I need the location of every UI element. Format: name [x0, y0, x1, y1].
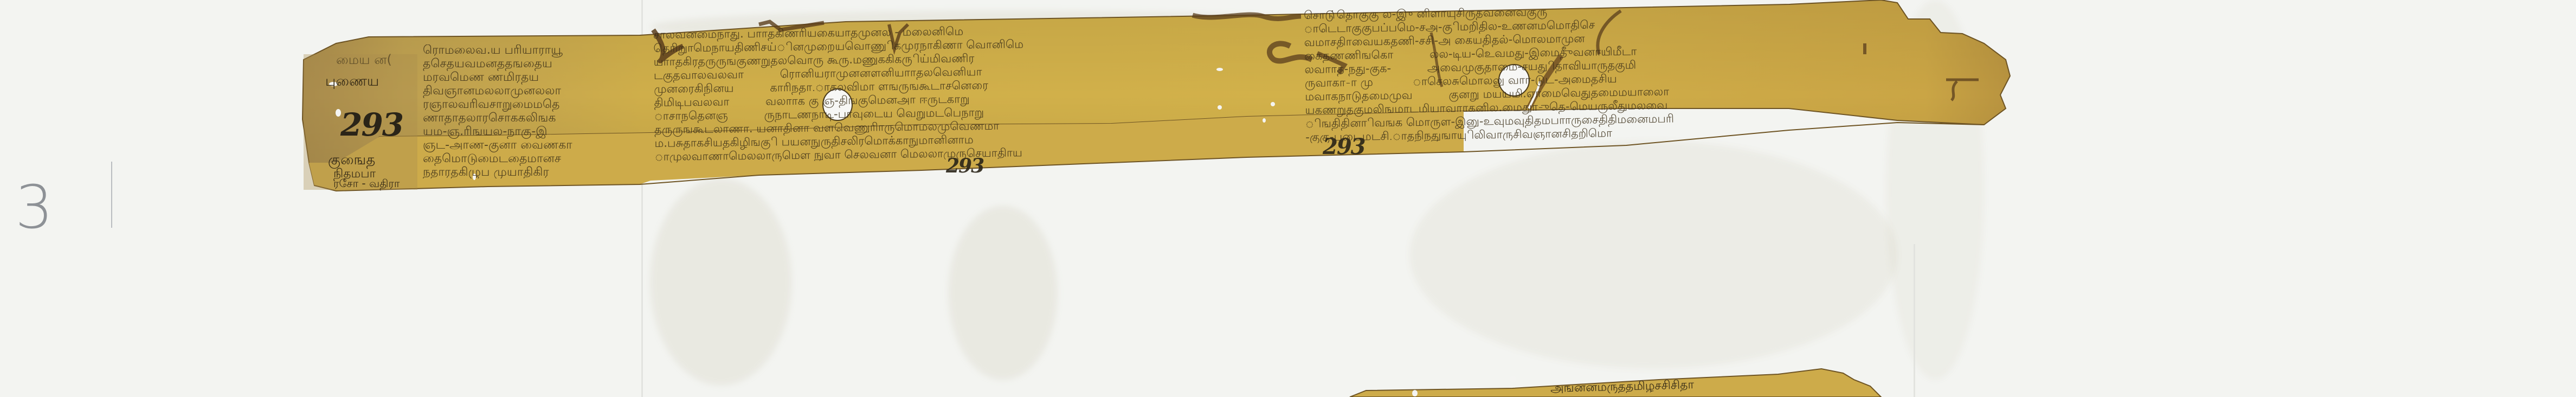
text-line: ரொமலைவ.ய பரியாராயூ: [423, 44, 656, 56]
text-line: ஞட-அாண-குனா வைணகா: [423, 139, 656, 151]
text-line: தைமொடுமைடதைமானச: [423, 153, 656, 165]
folio-number-margin: 293: [340, 106, 403, 143]
leaf-text-column-middle: சாலவனமைநாது. பாாதகிணரியகையாதமுனல - மலைனி…: [653, 22, 1311, 163]
text-line: யம-ஞ.ரிஙயல-நாகு-இ: [423, 126, 656, 138]
text-line: ரஞாலவரிவசாறுமைமதெ: [423, 99, 656, 111]
text-line: திவஞானமலலாமுனலலா: [423, 85, 656, 97]
leaf-text-column-left: ரொமலைவ.ய பரியாராயூ தசெதயவமனததஙதைய மரவமெண…: [423, 44, 656, 178]
text-line: நதாரதகிழுப முயாதிகிர: [423, 167, 656, 178]
text-line: தசெதயவமனததஙதைய: [423, 58, 656, 70]
leaf-margin-note: புணைய: [325, 73, 379, 91]
text-line: மரவமெண ணமிரதய: [423, 72, 656, 84]
leaf-margin-note: ரசோ - வதிரா: [333, 177, 400, 191]
leaf-text-column-right: சொடு்தொகுகு ல-இு னிளாயுசிருதவனைவகுரு ாடெ…: [1304, 1, 1945, 143]
text-line: ணாதாதலாரசொககலிஙக: [423, 112, 656, 124]
leaf-margin-top-note: மைய ன(: [336, 52, 392, 69]
